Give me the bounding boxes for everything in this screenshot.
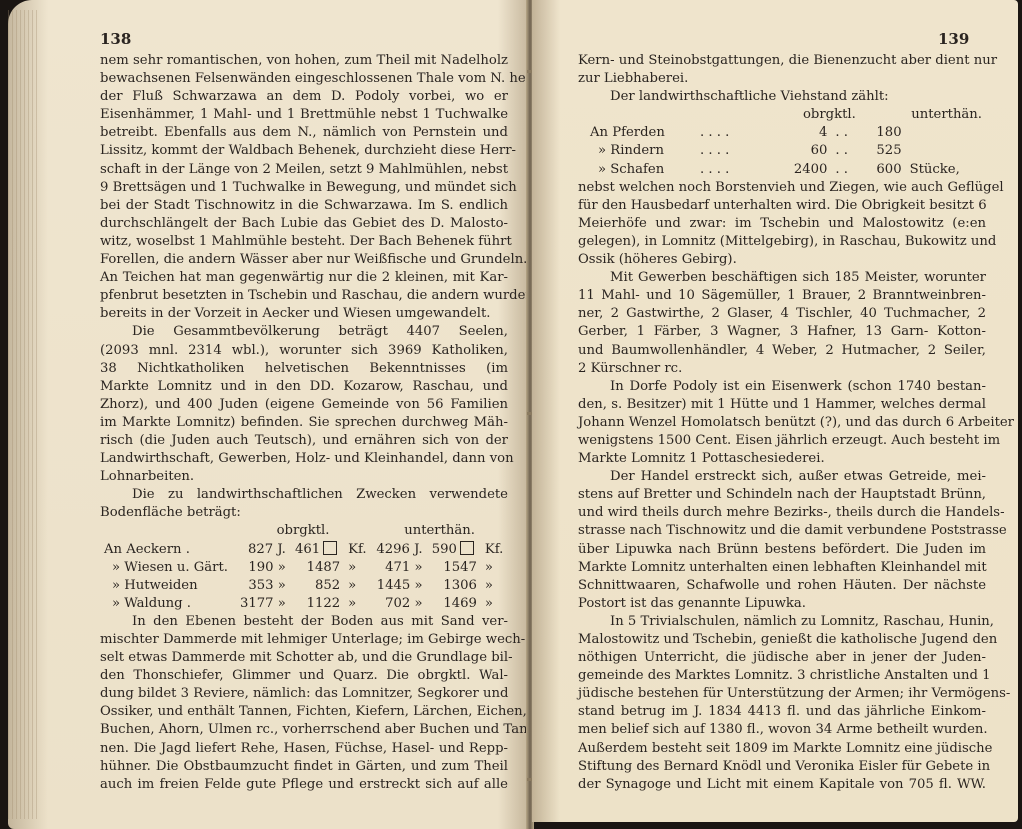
row-label: An Pferden <box>578 124 696 142</box>
text-line: Markte Lomnitz unterhalten einen lebhaft… <box>578 559 986 577</box>
cell: 590 <box>427 541 481 559</box>
cell: 190 » <box>235 559 290 577</box>
text-line: Ossik (höheres Gebirg). <box>578 251 986 269</box>
cell: . . . . <box>696 124 774 142</box>
open-book: 138 nem sehr romantischen, von hohen, zu… <box>0 0 1022 829</box>
right-page: 139 Kern- und Steinobstgattungen, die Bi… <box>532 0 1018 822</box>
cell: . . <box>831 124 859 142</box>
cell: » <box>344 577 371 595</box>
text-line: schaft in der Länge von 2 Meilen, setzt … <box>100 161 508 179</box>
cell: 1306 <box>427 577 481 595</box>
text-line: für den Hausbedarf unterhalten wird. Die… <box>578 197 986 215</box>
text-line: Ossiker, und enthält Tannen, Fichten, Ki… <box>100 703 508 721</box>
cell: 702 » <box>371 595 426 613</box>
table-row: An Aeckern . 827 J. 461 Kf. 4296 J. 590 … <box>100 541 508 559</box>
text-line: Der Handel erstreckt sich, außer etwas G… <box>578 468 986 486</box>
cell: 180 <box>860 124 906 142</box>
cell: 1547 <box>427 559 481 577</box>
text-line: selt etwas Dammerde mit Schotter ab, und… <box>100 649 508 667</box>
text-line: stand betrug im J. 1834 4413 fl. und das… <box>578 703 986 721</box>
text-line: Buchen, Ahorn, Ulmen rc., vorherrschend … <box>100 721 508 739</box>
paragraph-population: Die Gesammtbevölkerung beträgt 4407 Seel… <box>100 323 508 486</box>
text-line: In den Ebenen besteht der Boden aus mit … <box>100 613 508 631</box>
text-line: nen. Die Jagd liefert Rehe, Hasen, Füchs… <box>100 740 508 758</box>
text-line: men belief sich auf 1380 fl., wovon 34 A… <box>578 721 986 739</box>
text-line: stens auf Bretter und Schindeln nach der… <box>578 486 986 504</box>
cell: 461 <box>290 541 344 559</box>
table-row: » Waldung . 3177 » 1122 » 702 » 1469 » <box>100 595 508 613</box>
text-line: den, s. Besitzer) mit 1 Hütte und 1 Hamm… <box>578 396 986 414</box>
text-line: mischter Dammerde mit lehmiger Unterlage… <box>100 631 508 649</box>
text-line: Malostowitz und Tschebin, genießt die ka… <box>578 631 986 649</box>
table-header: obrgktl. unterthän. <box>100 522 508 540</box>
text-line: nebst welchen noch Borstenvieh und Ziege… <box>578 179 986 197</box>
text-line: Mit Gewerben beschäftigen sich 185 Meist… <box>578 269 986 287</box>
text-line: jüdische bestehen für Unterstützung der … <box>578 685 986 703</box>
cell: . . . . <box>696 142 774 160</box>
row-label: » Hutweiden <box>100 577 235 595</box>
paragraph-soil-forest: In den Ebenen besteht der Boden aus mit … <box>100 613 508 794</box>
text-line: nem sehr romantischen, von hohen, zum Th… <box>100 52 508 70</box>
text-line: Markte Lomnitz und in den DD. Kozarow, R… <box>100 378 508 396</box>
text-line: Außerdem besteht seit 1809 im Markte Lom… <box>578 740 986 758</box>
text-line: Markte Lomnitz 1 Pottaschesiederei. <box>578 450 986 468</box>
paragraph-orchards: Kern- und Steinobstgattungen, die Bienen… <box>578 52 986 88</box>
paragraph-schools-charity: In 5 Trivialschulen, nämlich zu Lomnitz,… <box>578 613 986 794</box>
text-line: Bodenfläche beträgt: <box>100 504 508 522</box>
text-line: witz, woselbst 1 Mahlmühle besteht. Der … <box>100 233 508 251</box>
table-row: » Rindern . . . . 60 . . 525 <box>578 142 986 160</box>
paragraph-trade: Der Handel erstreckt sich, außer etwas G… <box>578 468 986 613</box>
text-line: 38 Nichtkatholiken helvetischen Bekenntn… <box>100 360 508 378</box>
cell: 1122 <box>290 595 344 613</box>
table-row: An Pferden . . . . 4 . . 180 <box>578 124 986 142</box>
cell: » <box>481 559 508 577</box>
page-number-left: 138 <box>100 30 131 48</box>
text-line: Johann Wenzel Homolatsch benützt (?), un… <box>578 414 986 432</box>
square-symbol-icon <box>460 541 474 555</box>
cell: » <box>344 595 371 613</box>
text-line: wenigstens 1500 Cent. Eisen jährlich erz… <box>578 432 986 450</box>
text-line: der Fluß Schwarzawa an dem D. Podoly vor… <box>100 88 508 106</box>
livestock-table: obrgktl. unterthän. An Pferden . . . . 4… <box>578 106 986 178</box>
cell: 60 <box>774 142 831 160</box>
land-area-table: obrgktl. unterthän. An Aeckern . 827 J. … <box>100 522 508 612</box>
text-line: 9 Brettsägen und 1 Tuchwalke in Bewegung… <box>100 179 508 197</box>
text-line: Kern- und Steinobstgattungen, die Bienen… <box>578 52 986 70</box>
text-line: zur Liebhaberei. <box>578 70 986 88</box>
text-line: Landwirthschaft, Gewerben, Holz- und Kle… <box>100 450 508 468</box>
cell: » <box>481 577 508 595</box>
cell: » <box>481 595 508 613</box>
table-header: obrgktl. unterthän. <box>578 106 986 124</box>
cell: Kf. <box>481 541 508 559</box>
text-line: gemeinde des Marktes Lomnitz. 3 christli… <box>578 667 986 685</box>
text-line: Eisenhämmer, 1 Mahl- und 1 Brettmühle ne… <box>100 106 508 124</box>
livestock-intro: Der landwirthschaftliche Viehstand zählt… <box>578 88 986 106</box>
text-line: risch (die Juden auch Teutsch), und ernä… <box>100 432 508 450</box>
text-line: auch im freien Felde gute Pflege und ers… <box>100 776 508 794</box>
paragraph-rivers: nem sehr romantischen, von hohen, zum Th… <box>100 52 508 323</box>
row-label: An Aeckern . <box>100 541 235 559</box>
text-line: 11 Mahl- und 10 Sägemüller, 1 Brauer, 2 … <box>578 287 986 305</box>
row-label: » Wiesen u. Gärt. <box>100 559 235 577</box>
text-line: bei der Stadt Tischnowitz in die Schwarz… <box>100 197 508 215</box>
text-line: Gerber, 1 Färber, 3 Wagner, 3 Hafner, 13… <box>578 323 986 341</box>
text-line: strasse nach Tischnowitz und die damit v… <box>578 522 986 540</box>
cell: 827 J. <box>235 541 290 559</box>
cell: 4 <box>774 124 831 142</box>
cell: 525 <box>860 142 906 160</box>
text-line: Lohnarbeiten. <box>100 468 508 486</box>
text-line: durchschlängelt der Bach Lubie das Gebie… <box>100 215 508 233</box>
text-line: bereits in der Vorzeit in Aecker und Wie… <box>100 305 508 323</box>
text-line: (2093 mnl. 2314 wbl.), worunter sich 396… <box>100 342 508 360</box>
right-page-body: Kern- und Steinobstgattungen, die Bienen… <box>578 52 986 794</box>
left-page: 138 nem sehr romantischen, von hohen, zu… <box>8 0 528 829</box>
cell: 353 » <box>235 577 290 595</box>
cell: 471 » <box>371 559 426 577</box>
cell <box>906 124 986 142</box>
left-page-body: nem sehr romantischen, von hohen, zum Th… <box>100 52 508 794</box>
paragraph-trades: Mit Gewerben beschäftigen sich 185 Meist… <box>578 269 986 378</box>
table-row: » Wiesen u. Gärt. 190 » 1487 » 471 » 154… <box>100 559 508 577</box>
column-header-unterthan: unterthän. <box>860 106 986 124</box>
text-line: der Synagoge und Licht mit einem Kapital… <box>578 776 986 794</box>
text-line: nöthigen Unterricht, die jüdische aber i… <box>578 649 986 667</box>
row-label: » Rindern <box>578 142 696 160</box>
cell: . . . . <box>696 161 774 179</box>
paragraph-land-area: Die zu landwirthschaftlichen Zwecken ver… <box>100 486 508 522</box>
text-line: den Thonschiefer, Glimmer und Quarz. Die… <box>100 667 508 685</box>
cell: 1469 <box>427 595 481 613</box>
cell: 3177 » <box>235 595 290 613</box>
cell: 1487 <box>290 559 344 577</box>
cell: » <box>344 559 371 577</box>
square-symbol-icon <box>323 541 337 555</box>
text-line: dung bildet 3 Reviere, nämlich: das Lomn… <box>100 685 508 703</box>
column-header-obrgktl: obrgktl. <box>774 106 860 124</box>
text-line: Schnittwaaren, Schafwolle und rohen Häut… <box>578 577 986 595</box>
text-line: ner, 2 Gastwirthe, 2 Glaser, 4 Tischler,… <box>578 305 986 323</box>
text-line: In Dorfe Podoly ist ein Eisenwerk (schon… <box>578 378 986 396</box>
cell: . . <box>831 161 859 179</box>
text-line: Die zu landwirthschaftlichen Zwecken ver… <box>100 486 508 504</box>
column-header-unterthan: unterthän. <box>371 522 508 540</box>
text-line: im Markte Lomnitz) befinden. Sie spreche… <box>100 414 508 432</box>
cell: 4296 J. <box>371 541 426 559</box>
text-line: und wird theils durch mehre Bezirks-, th… <box>578 504 986 522</box>
page-number-right: 139 <box>938 30 969 48</box>
cell: Kf. <box>344 541 371 559</box>
text-line: gelegen), in Lomnitz (Mittelgebirg), in … <box>578 233 986 251</box>
cell: 852 <box>290 577 344 595</box>
text-line: Die Gesammtbevölkerung beträgt 4407 Seel… <box>100 323 508 341</box>
text-line: über Lipuwka nach Brünn bestens beförder… <box>578 541 986 559</box>
text-line: und Baumwollenhändler, 4 Weber, 2 Hutmac… <box>578 342 986 360</box>
text-line: 2 Kürschner rc. <box>578 360 986 378</box>
text-line: Meierhöfe und zwar: im Tschebin und Malo… <box>578 215 986 233</box>
text-line: pfenbrut besetzten in Tschebin und Rasch… <box>100 287 508 305</box>
cell: 1445 » <box>371 577 426 595</box>
row-label: » Schafen <box>578 161 696 179</box>
text-line: betreibt. Ebenfalls aus dem N., nämlich … <box>100 124 508 142</box>
cell: 2400 <box>774 161 831 179</box>
paragraph-ironworks: In Dorfe Podoly ist ein Eisenwerk (schon… <box>578 378 986 468</box>
text-line: In 5 Trivialschulen, nämlich zu Lomnitz,… <box>578 613 986 631</box>
text-line: Forellen, die andern Wässer aber nur Wei… <box>100 251 508 269</box>
column-header-obrgktl: obrgktl. <box>235 522 371 540</box>
text-line: hühner. Die Obstbaumzucht findet in Gärt… <box>100 758 508 776</box>
cell: . . <box>831 142 859 160</box>
table-row: » Schafen . . . . 2400 . . 600 Stücke, <box>578 161 986 179</box>
text-line: bewachsenen Felsenwänden eingeschlossene… <box>100 70 508 88</box>
text-line: Zhorz), und 400 Juden (eigene Gemeinde v… <box>100 396 508 414</box>
text-line: Lissitz, kommt der Waldbach Behenek, dur… <box>100 142 508 160</box>
text-line: Stiftung des Bernard Knödl und Veronika … <box>578 758 986 776</box>
paragraph-livestock-farms: nebst welchen noch Borstenvieh und Ziege… <box>578 179 986 269</box>
row-label: » Waldung . <box>100 595 235 613</box>
text-line: Postort ist das genannte Lipuwka. <box>578 595 986 613</box>
cell: Stücke, <box>906 161 986 179</box>
cell <box>906 142 986 160</box>
table-row: » Hutweiden 353 » 852 » 1445 » 1306 » <box>100 577 508 595</box>
cell: 600 <box>860 161 906 179</box>
text-line: An Teichen hat man gegenwärtig nur die 2… <box>100 269 508 287</box>
